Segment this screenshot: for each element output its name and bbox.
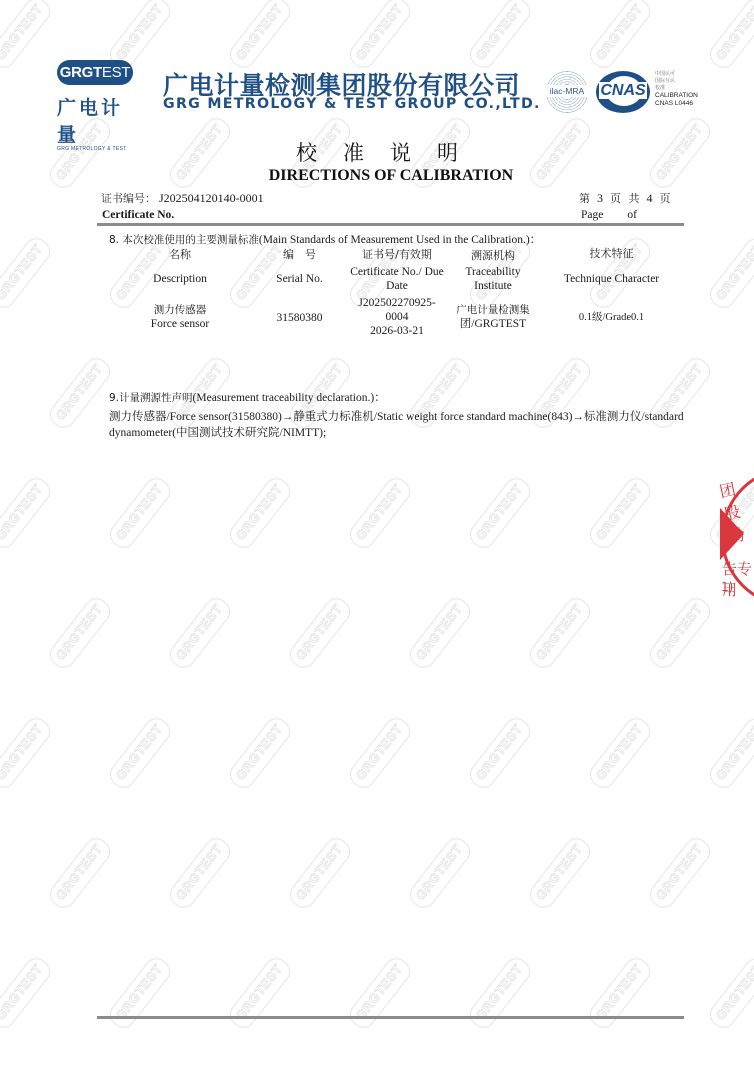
certificate-label-en: Certificate No.	[102, 209, 174, 221]
cell-description-en: Force sensor	[125, 317, 235, 331]
section-9-heading: 9.计量溯源性声明(Measurement traceability decla…	[109, 389, 386, 405]
cell-due-date: 2026-03-21	[345, 324, 449, 338]
logo-pill: GRGTEST	[57, 60, 133, 85]
logo-pill-thin: EST	[102, 64, 130, 81]
cell-certificate-line1: J202502270925-	[345, 296, 449, 310]
col-header-certificate-cn: 证书号/有效期	[345, 248, 449, 262]
cnas-side-cn-2: 校准	[655, 85, 698, 92]
page-title-en: DIRECTIONS OF CALIBRATION	[0, 167, 754, 185]
certificate-number: 证书编号： J202504120140-0001	[101, 190, 264, 206]
col-header-certificate-en: Certificate No./ Due Date	[342, 265, 452, 293]
company-name-en: GRG METROLOGY & TEST GROUP CO.,LTD.	[163, 96, 541, 112]
footer-divider	[97, 1016, 684, 1019]
cnas-label-text: CNAS	[599, 82, 646, 99]
section-8-heading-cn: 8. 本次校准使用的主要测量标准	[109, 234, 259, 246]
traceability-declaration: 测力传感器/Force sensor(31580380)→静重式力标准机/Sta…	[109, 409, 709, 441]
page-title-cn: 校准说明	[0, 137, 754, 167]
col-header-description-cn: 名称	[125, 248, 235, 262]
certificate-page: GRGTEST 广电计量 GRG METROLOGY & TEST 广电计量检测…	[0, 0, 754, 1068]
page-total: 4	[647, 191, 653, 205]
col-header-description-en: Description	[125, 272, 235, 286]
page-suffix: 页	[660, 192, 671, 205]
section-9-heading-cn: 9.计量溯源性声明	[109, 392, 193, 404]
col-header-technique-cn: 技术特征	[545, 247, 678, 261]
cell-certificate: J202502270925- 0004 2026-03-21	[345, 296, 449, 338]
cnas-side-en-1: CNAS L0446	[655, 100, 698, 108]
cnas-side-cn-1: 国际互认	[655, 78, 698, 85]
ilac-mra-logo-icon: ilac-MRA	[545, 70, 589, 114]
of-label-en: of	[627, 209, 637, 221]
section-9-heading-en: (Measurement traceability declaration.)：	[193, 392, 386, 404]
cell-technique: 0.1级/Grade0.1	[545, 311, 678, 325]
certificate-number-value: J202504120140-0001	[159, 191, 264, 205]
cell-description-cn: 测力传感器	[125, 303, 235, 317]
certificate-label-cn: 证书编号：	[101, 192, 156, 205]
col-header-serial-en: Serial No.	[252, 272, 347, 286]
section-8-heading-en: (Main Standards of Measurement Used in t…	[259, 234, 541, 246]
cell-serial: 31580380	[252, 311, 347, 325]
cell-institute-line2: 团/GRGTEST	[441, 317, 545, 331]
cell-certificate-line2: 0004	[345, 310, 449, 324]
cnas-side-cn-0: 中国认可	[655, 71, 698, 78]
page-prefix: 第	[579, 192, 590, 205]
page-indicator: 第 3 页 共 4 页	[579, 190, 671, 206]
page-indicator-en: Pageof	[581, 209, 637, 221]
seal-star-icon	[720, 508, 744, 560]
page-label-en: Page	[581, 209, 603, 221]
col-header-institute-en: Traceability Institute	[453, 265, 533, 293]
col-header-technique-en: Technique Character	[545, 272, 678, 286]
section-8-heading: 8. 本次校准使用的主要测量标准(Main Standards of Measu…	[109, 231, 541, 247]
col-header-institute-cn: 溯源机构	[441, 249, 545, 263]
cnas-accreditation-text: 中国认可 国际互认 校准 CALIBRATION CNAS L0446	[655, 71, 698, 108]
ilac-label: ilac-MRA	[545, 85, 589, 97]
cnas-logo-icon: CNAS	[596, 71, 650, 113]
page-current: 3	[597, 191, 603, 205]
cell-institute-line1: 广电计量检测集	[441, 303, 545, 317]
seal-text-low: 1)	[721, 580, 733, 594]
page-mid: 页 共	[610, 192, 640, 205]
header-divider	[97, 223, 684, 226]
logo-pill-bold: GRGT	[60, 64, 102, 81]
cell-institute: 广电计量检测集 团/GRGTEST	[441, 303, 545, 331]
cnas-label: CNAS	[594, 82, 652, 100]
col-header-serial-cn: 编 号	[252, 248, 347, 262]
cnas-side-en-0: CALIBRATION	[655, 92, 698, 100]
cell-description: 测力传感器 Force sensor	[125, 303, 235, 331]
